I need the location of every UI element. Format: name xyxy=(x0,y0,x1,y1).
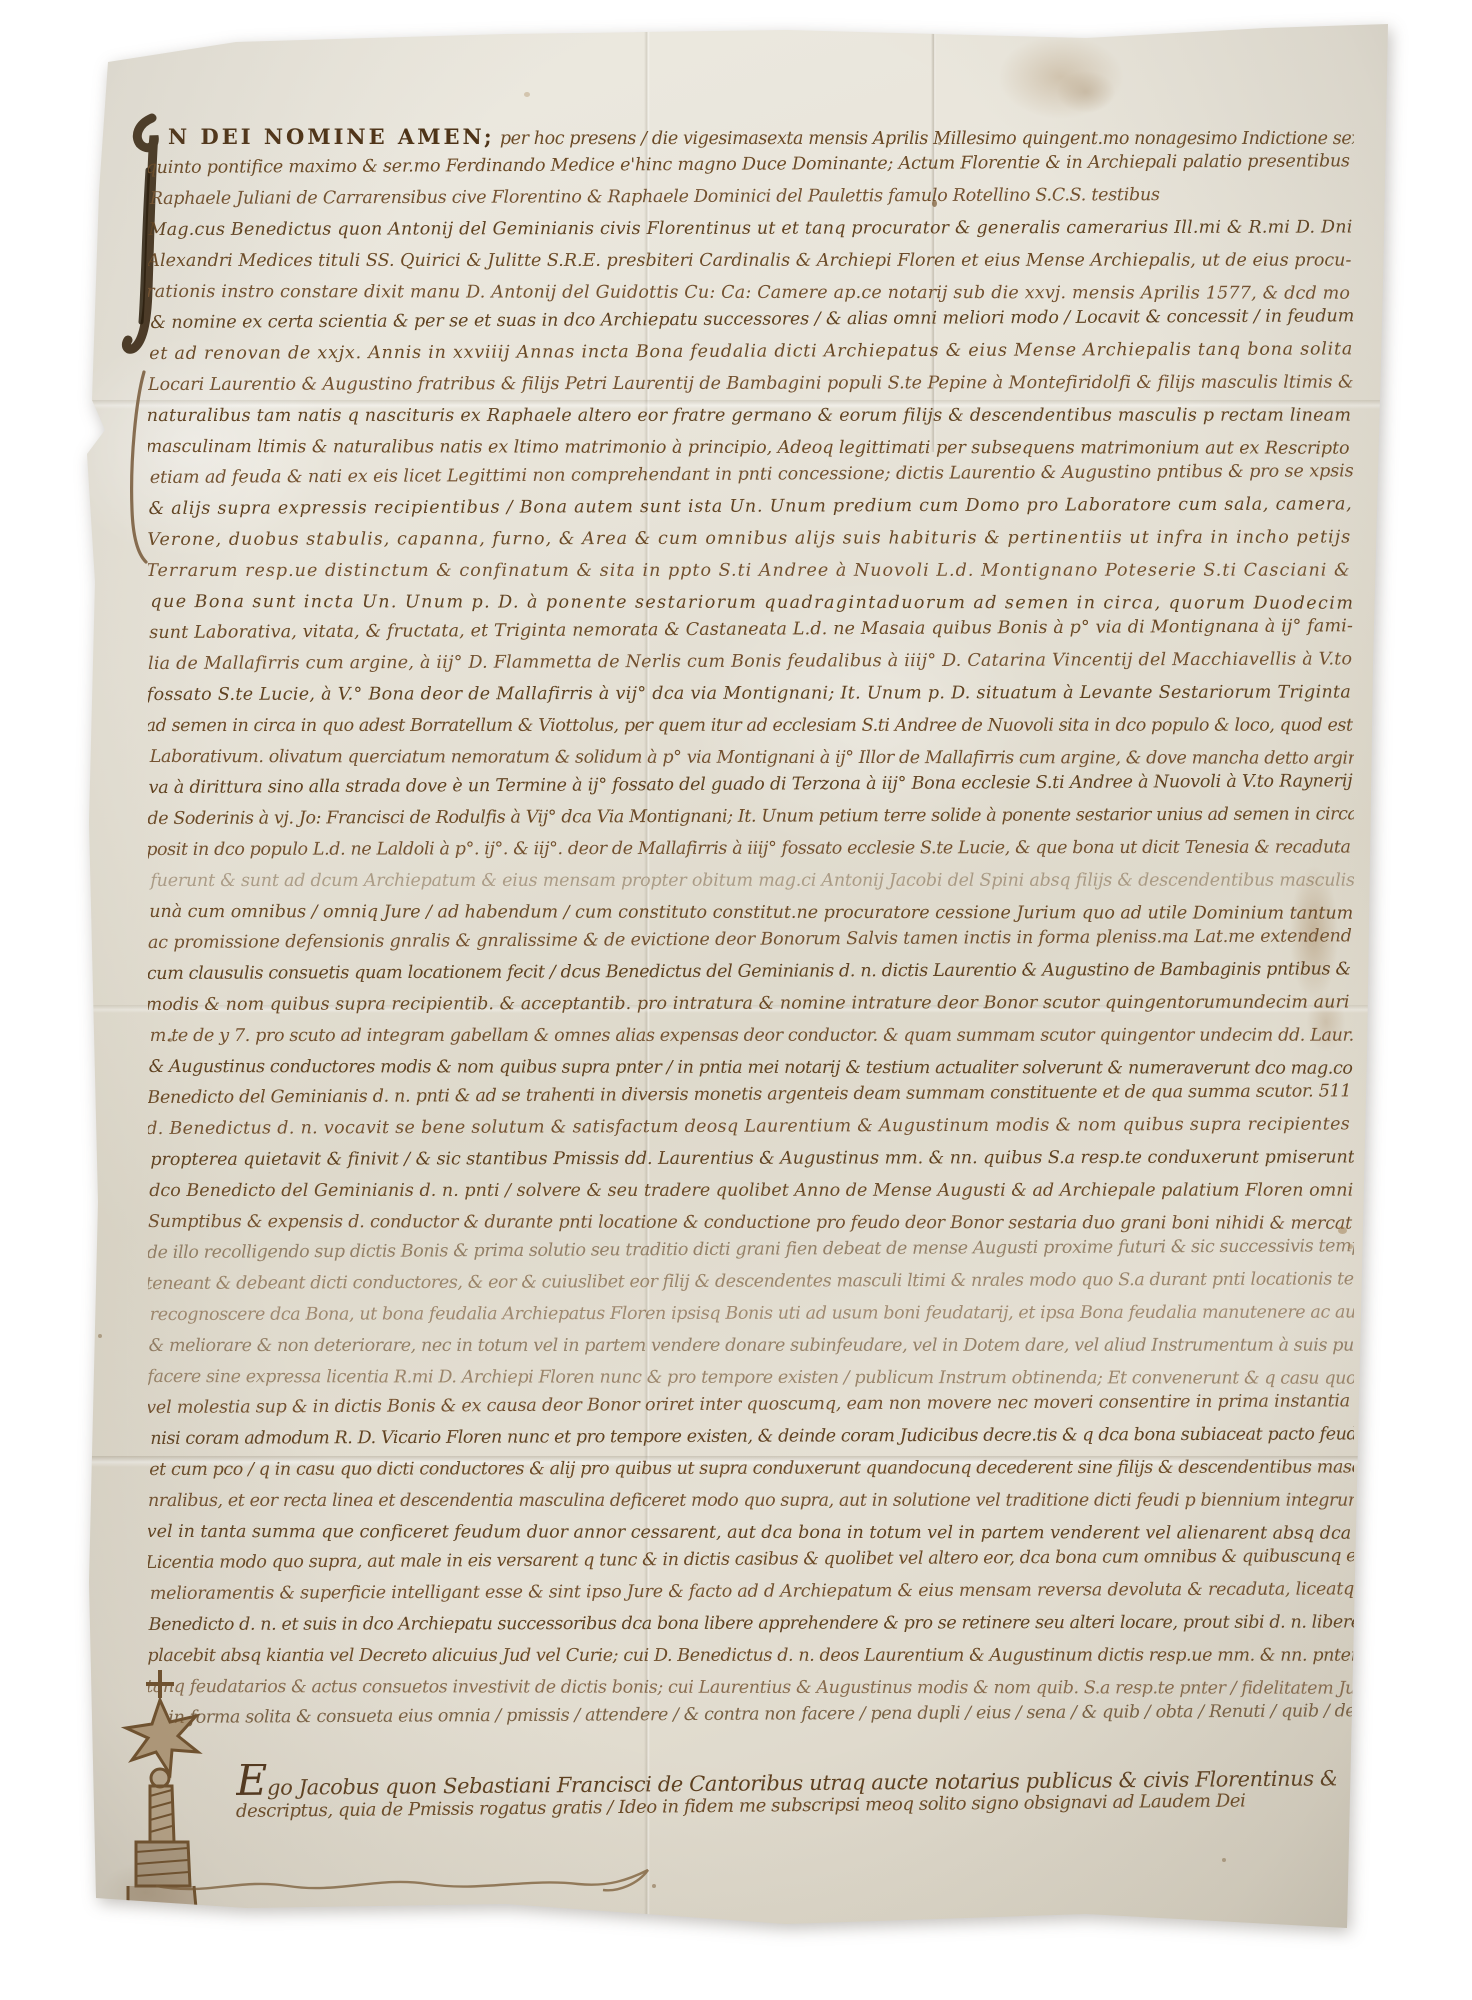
manuscript-line: Licentia modo quo supra, aut male in eis… xyxy=(148,1541,1354,1579)
manuscript-line: dco Benedicto del Geminianis d. n. pnti … xyxy=(149,1176,1353,1207)
manuscript-line: & nomine ex certa scientia & per se et s… xyxy=(150,301,1354,339)
manuscript-line: m.te de y 7. pro scuto ad integram gabel… xyxy=(150,1021,1354,1052)
manuscript-line: & meliorare & non deteriorare, nec in to… xyxy=(149,1331,1354,1362)
manuscript-line: Terrarum resp.ue distinctum & confinatum… xyxy=(148,556,1351,587)
manuscript-text: N DEI NOMINE AMEN; per hoc presens / die… xyxy=(148,120,1354,1734)
manuscript-line: etiam ad feuda & nati ex eis licet Legit… xyxy=(150,456,1354,494)
manuscript-line: Locari Laurentio & Augustino fratribus &… xyxy=(148,367,1354,401)
notary-signature-block: Ego Jacobus quon Sebastiani Francisci de… xyxy=(236,1764,1336,1826)
manuscript-line: placebit absq kiantia vel Decreto alicui… xyxy=(148,1641,1354,1672)
parchment-sheet: N DEI NOMINE AMEN; per hoc presens / die… xyxy=(86,22,1396,1952)
manuscript-lines: quinto pontifice maximo & ser.mo Ferdina… xyxy=(148,153,1354,1734)
manuscript-line: Mag.cus Benedictus quon Antonij del Gemi… xyxy=(149,212,1353,246)
manuscript-line: modis & nom quibus supra recipientib. & … xyxy=(148,987,1350,1021)
fox-stain xyxy=(524,92,530,97)
manuscript-line: ac promissione defensionis gnralis & gnr… xyxy=(148,921,1352,959)
manuscript-line: Benedicto del Geminianis d. n. pnti & ad… xyxy=(148,1076,1351,1114)
manuscript-line: Alexandri Medices tituli SS. Quirici & J… xyxy=(148,246,1351,277)
manuscript-line: propterea quietavit & finivit / & sic st… xyxy=(150,1142,1354,1176)
ink-speck xyxy=(1222,1858,1226,1862)
manuscript-line: Verone, duobus stabulis, capanna, furno,… xyxy=(148,522,1351,556)
manuscript-line: lia de Mallafirris cum argine, à iij° D.… xyxy=(148,644,1352,680)
manuscript-line: et cum pco / q in casu quo dicti conduct… xyxy=(149,1452,1354,1486)
manuscript-line: recognoscere dca Bona, ut bona feudalia … xyxy=(150,1297,1354,1331)
manuscript-line: quinto pontifice maximo & ser.mo Ferdina… xyxy=(148,146,1350,184)
manuscript-line: teneant & debeant dicti conductores, & e… xyxy=(148,1264,1354,1300)
manuscript-line: de Soderinis à vj. Jo: Francisci de Rodu… xyxy=(148,799,1354,835)
manuscript-line: nisi coram admodum R. D. Vicario Floren … xyxy=(150,1419,1354,1455)
manuscript-line: vel molestia sup & in dictis Bonis & ex … xyxy=(148,1386,1350,1424)
manuscript-line: Benedicto d. n. et suis in dco Archiepat… xyxy=(149,1607,1354,1641)
signature-flourish-icon xyxy=(148,1860,668,1900)
manuscript-line: de illo recolligendo sup dictis Bonis & … xyxy=(148,1231,1354,1269)
opening-caps: N DEI NOMINE AMEN; xyxy=(168,124,495,149)
manuscript-line: cum clausulis consuetis quam locationem … xyxy=(148,954,1351,990)
manuscript-line: fuerunt & sunt ad dcum Archiepatum & eiu… xyxy=(150,866,1354,897)
manuscript-line: Raphaele Juliani de Carrarensibus cive F… xyxy=(150,180,1160,215)
manuscript-line: sunt Laborativa, vitata, & fructata, et … xyxy=(149,611,1353,649)
manuscript-line: fossato S.te Lucie, à V.° Bona deor de M… xyxy=(148,677,1351,711)
manuscript-line: d. Benedictus d. n. vocavit se bene solu… xyxy=(148,1109,1350,1145)
manuscript-line: va à dirittura sino alla strada dove è u… xyxy=(149,766,1353,804)
manuscript-line: posit in dco populo L.d. ne Laldoli à p°… xyxy=(148,832,1351,866)
manuscript-line: ad semen in circa in quo adest Borratell… xyxy=(148,711,1353,742)
manuscript-line: naturalibus tam natis q nascituris ex Ra… xyxy=(148,401,1351,432)
manuscript-line: nralibus, et eor recta linea et descende… xyxy=(148,1486,1354,1517)
manuscript-line: & alijs supra expressis recipientibus / … xyxy=(149,489,1353,525)
manuscript-line: in forma solita & consueta eius omnia / … xyxy=(168,1695,1354,1734)
manuscript-line: et ad renovan de xxjx. Annis in xxviiij … xyxy=(149,334,1353,370)
parchment-sheet-wrap: N DEI NOMINE AMEN; per hoc presens / die… xyxy=(86,22,1396,1962)
ink-speck xyxy=(98,1334,102,1338)
manuscript-line: melioramentis & superficie intelligant e… xyxy=(150,1574,1354,1610)
ink-speck xyxy=(652,1884,656,1888)
